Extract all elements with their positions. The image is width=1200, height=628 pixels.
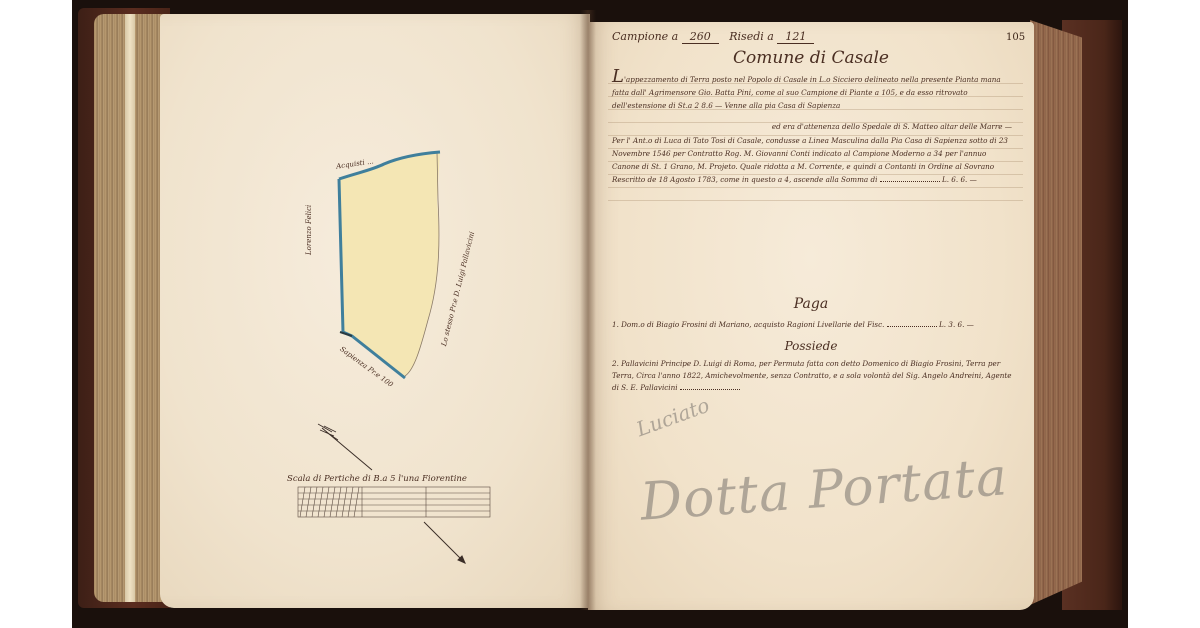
page-number: 105: [1006, 32, 1025, 43]
south-arrow-icon: [424, 522, 465, 563]
page-header: Campione a 260 Risedi a 121: [612, 30, 814, 43]
history-amount: L. 6. 6. —: [942, 175, 977, 184]
heading-paga: Paga: [588, 296, 1034, 312]
scale-title: Scala di Pertiche di B.a 5 l'una Fiorent…: [287, 474, 467, 484]
risedi-value: 121: [777, 30, 814, 44]
paragraph-history: Per l' Ant.o di Luca di Tato Tosi di Cas…: [612, 134, 1012, 186]
page-title: Comune di Casale: [588, 48, 1034, 68]
entry-paga-1: 1. Dom.o di Biagio Frosini di Mariano, a…: [612, 319, 1017, 331]
campione-value: 260: [682, 30, 719, 44]
paragraph-attenenza: ed era d'attenenza dello Spedale di S. M…: [612, 120, 1012, 133]
map-label-left: Lorenzo Felici: [305, 205, 313, 255]
parcel-area: [339, 152, 440, 376]
north-arrow-icon: [318, 424, 372, 470]
paga-amount: L. 3. 6. —: [939, 320, 974, 329]
heading-possiede: Possiede: [588, 339, 1034, 353]
scale-bar: [298, 487, 490, 517]
paragraph-description: L'appezzamento di Terra posto nel Popolo…: [612, 70, 1012, 112]
entry-possiede-2: 2. Pallavicini Principe D. Luigi di Roma…: [612, 358, 1017, 394]
parcel-map: [0, 0, 1200, 628]
